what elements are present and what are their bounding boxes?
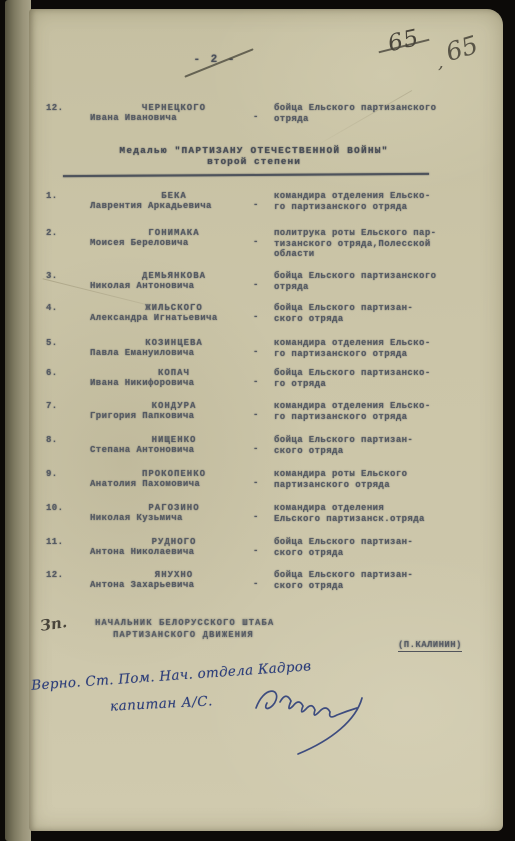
entry-dash: -	[253, 512, 259, 523]
award-entry-carryover: 12. ЧЕРНЕЦКОГО Ивана Ивановича - бойца Е…	[0, 103, 515, 137]
entry-number: 2.	[46, 228, 58, 239]
entry-number: 8.	[46, 435, 58, 446]
award-entry: 2. ГОНИМАКА Моисея Береловича - политрук…	[0, 228, 515, 262]
entry-dash: -	[253, 444, 259, 455]
entry-description: бойца Ельского партизанского отряда	[274, 271, 486, 292]
medal-heading-line2: второй степени	[58, 157, 450, 168]
scanned-document-page: { "document": { "page_number": "- 2 -", …	[0, 0, 515, 841]
entry-dash: -	[253, 237, 259, 248]
award-entry: 10. РАГОЗИНО Николая Кузьмича - командир…	[0, 503, 515, 537]
signoff-title-line2: ПАРТИЗАНСКОГО ДВИЖЕНИЯ	[113, 630, 254, 641]
entry-surname: ДЕМЬЯНКОВА	[86, 271, 262, 282]
award-entry: 5. КОЗИНЦЕВА Павла Емануиловича - команд…	[0, 338, 515, 372]
entry-name: Антона Николаевича	[90, 547, 275, 558]
entry-name: Моисея Береловича	[90, 238, 275, 249]
entry-number: 6.	[46, 368, 58, 379]
entry-dash: -	[253, 579, 259, 590]
entry-number: 1.	[46, 191, 58, 202]
entry-description: командира роты Ельского партизанского от…	[274, 469, 486, 490]
entry-description: бойца Ельского партизан- ского отряда	[274, 570, 486, 591]
entry-description: бойца Ельского партизан- ского отряда	[274, 537, 486, 558]
entry-name: Николая Кузьмича	[90, 513, 275, 524]
entry-number: 7.	[46, 401, 58, 412]
entry-name: Ивана Ивановича	[90, 113, 275, 124]
entry-name: Павла Емануиловича	[90, 348, 275, 359]
entry-description: бойца Ельского партизанского отряда	[274, 103, 486, 124]
entry-description: бойца Ельского партизан- ского отряда	[274, 435, 486, 456]
entry-description: командира отделения Ельско- го партизанс…	[274, 401, 486, 422]
entry-dash: -	[253, 280, 259, 291]
entry-name: Николая Антоновича	[90, 281, 275, 292]
entry-surname: ГОНИМАКА	[86, 228, 262, 239]
entry-surname: КОПАЧ	[86, 368, 262, 379]
entry-surname: ЧЕРНЕЦКОГО	[86, 103, 262, 114]
signoff-title-line1: НАЧАЛЬНИК БЕЛОРУССКОГО ШТАБА	[95, 618, 274, 629]
entry-dash: -	[253, 112, 259, 123]
entry-description: бойца Ельского партизанско- го отряда	[274, 368, 486, 389]
award-entry: 8. НИЩЕНКО Степана Антоновича - бойца Ел…	[0, 435, 515, 469]
entry-number: 10.	[46, 503, 63, 514]
entry-name: Ивана Никифоровича	[90, 378, 275, 389]
award-entry: 12. ЯНУХНО Антона Захарьевича - бойца Ел…	[0, 570, 515, 604]
entry-surname: БЕКА	[86, 191, 262, 202]
entry-number: 12.	[46, 103, 63, 114]
entry-dash: -	[253, 546, 259, 557]
entry-surname: РУДНОГО	[86, 537, 262, 548]
entry-surname: ЯНУХНО	[86, 570, 262, 581]
entry-name: Антона Захарьевича	[90, 580, 275, 591]
medal-heading: Медалью "ПАРТИЗАНУ ОТЕЧЕСТВЕННОЙ ВОЙНЫ" …	[58, 146, 450, 167]
entry-description: командира отделения Ельского партизанск.…	[274, 503, 486, 524]
entry-surname: ПРОКОПЕНКО	[86, 469, 262, 480]
entry-number: 9.	[46, 469, 58, 480]
entry-description: командира отделения Ельско- го партизанс…	[274, 338, 486, 359]
entry-number: 12.	[46, 570, 63, 581]
entry-name: Александра Игнатьевича	[90, 313, 275, 324]
entry-dash: -	[253, 312, 259, 323]
entry-dash: -	[253, 410, 259, 421]
entry-surname: РАГОЗИНО	[86, 503, 262, 514]
award-entry: 7. КОНДУРА Григория Папковича - командир…	[0, 401, 515, 435]
entry-number: 11.	[46, 537, 63, 548]
award-entry: 9. ПРОКОПЕНКО Анатолия Пахомовича - кома…	[0, 469, 515, 503]
entry-dash: -	[253, 377, 259, 388]
entry-number: 4.	[46, 303, 58, 314]
award-entry: 1. БЕКА Лаврентия Аркадьевича - командир…	[0, 191, 515, 225]
entry-description: бойца Ельского партизан- ского отряда	[274, 303, 486, 324]
entry-surname: ЖИЛЬСКОГО	[86, 303, 262, 314]
entry-name: Анатолия Пахомовича	[90, 479, 275, 490]
entry-dash: -	[253, 200, 259, 211]
entry-dash: -	[253, 347, 259, 358]
entry-number: 3.	[46, 271, 58, 282]
entry-name: Григория Папковича	[90, 411, 275, 422]
signoff-name: (П.КАЛИНИН)	[398, 640, 462, 652]
entry-surname: КОЗИНЦЕВА	[86, 338, 262, 349]
entry-dash: -	[253, 478, 259, 489]
award-entry: 11. РУДНОГО Антона Николаевича - бойца Е…	[0, 537, 515, 571]
entry-description: командира отделения Ельско- го партизанс…	[274, 191, 486, 212]
medal-heading-line1: Медалью "ПАРТИЗАНУ ОТЕЧЕСТВЕННОЙ ВОЙНЫ"	[58, 146, 450, 157]
entry-surname: КОНДУРА	[86, 401, 262, 412]
award-entry: 6. КОПАЧ Ивана Никифоровича - бойца Ельс…	[0, 368, 515, 402]
entry-name: Степана Антоновича	[90, 445, 275, 456]
signature-flourish	[240, 678, 410, 768]
entry-number: 5.	[46, 338, 58, 349]
award-entry: 3. ДЕМЬЯНКОВА Николая Антоновича - бойца…	[0, 271, 515, 305]
entry-name: Лаврентия Аркадьевича	[90, 201, 275, 212]
entry-surname: НИЩЕНКО	[86, 435, 262, 446]
entry-description: политрука роты Ельского пар- тизанского …	[274, 228, 486, 260]
award-entry: 4. ЖИЛЬСКОГО Александра Игнатьевича - бо…	[0, 303, 515, 337]
archival-comma-mark: ,	[438, 52, 444, 73]
